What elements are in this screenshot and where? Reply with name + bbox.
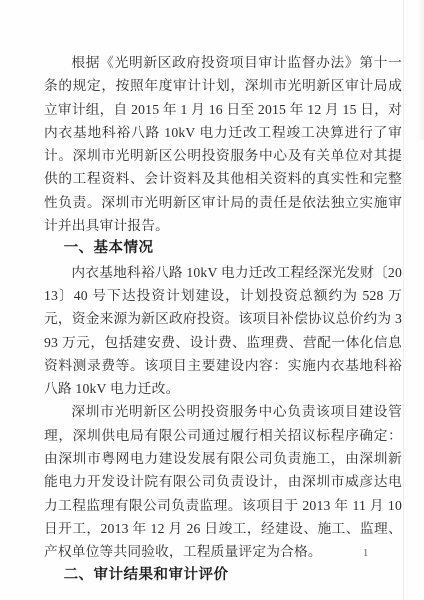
scanned-audit-report-page: 根据《光明新区政府投资项目审计监督办法》第十一条的规定，按照年度审计计划，深圳市… (0, 0, 424, 600)
report-body: 根据《光明新区政府投资项目审计监督办法》第十一条的规定，按照年度审计计划，深圳市… (44, 51, 402, 587)
report-paragraph-intro: 根据《光明新区政府投资项目审计监督办法》第十一条的规定，按照年度审计计划，深圳市… (44, 51, 402, 237)
section-heading-basic-info: 一、基本情况 (44, 237, 402, 260)
section-heading-audit-results: 二、审计结果和审计评价 (44, 564, 402, 587)
page-number: 1 (363, 548, 368, 560)
scan-edge-artifact (403, 0, 404, 600)
scan-corner-artifact (418, 0, 424, 140)
report-paragraph-project-overview: 内衣基地科裕八路 10kV 电力迁改工程经深光发财〔2013〕40 号下达投资计… (44, 261, 402, 401)
report-paragraph-project-parties: 深圳市光明新区公明投资服务中心负责该项目建设管理，深圳供电局有限公司通过履行相关… (44, 400, 402, 563)
